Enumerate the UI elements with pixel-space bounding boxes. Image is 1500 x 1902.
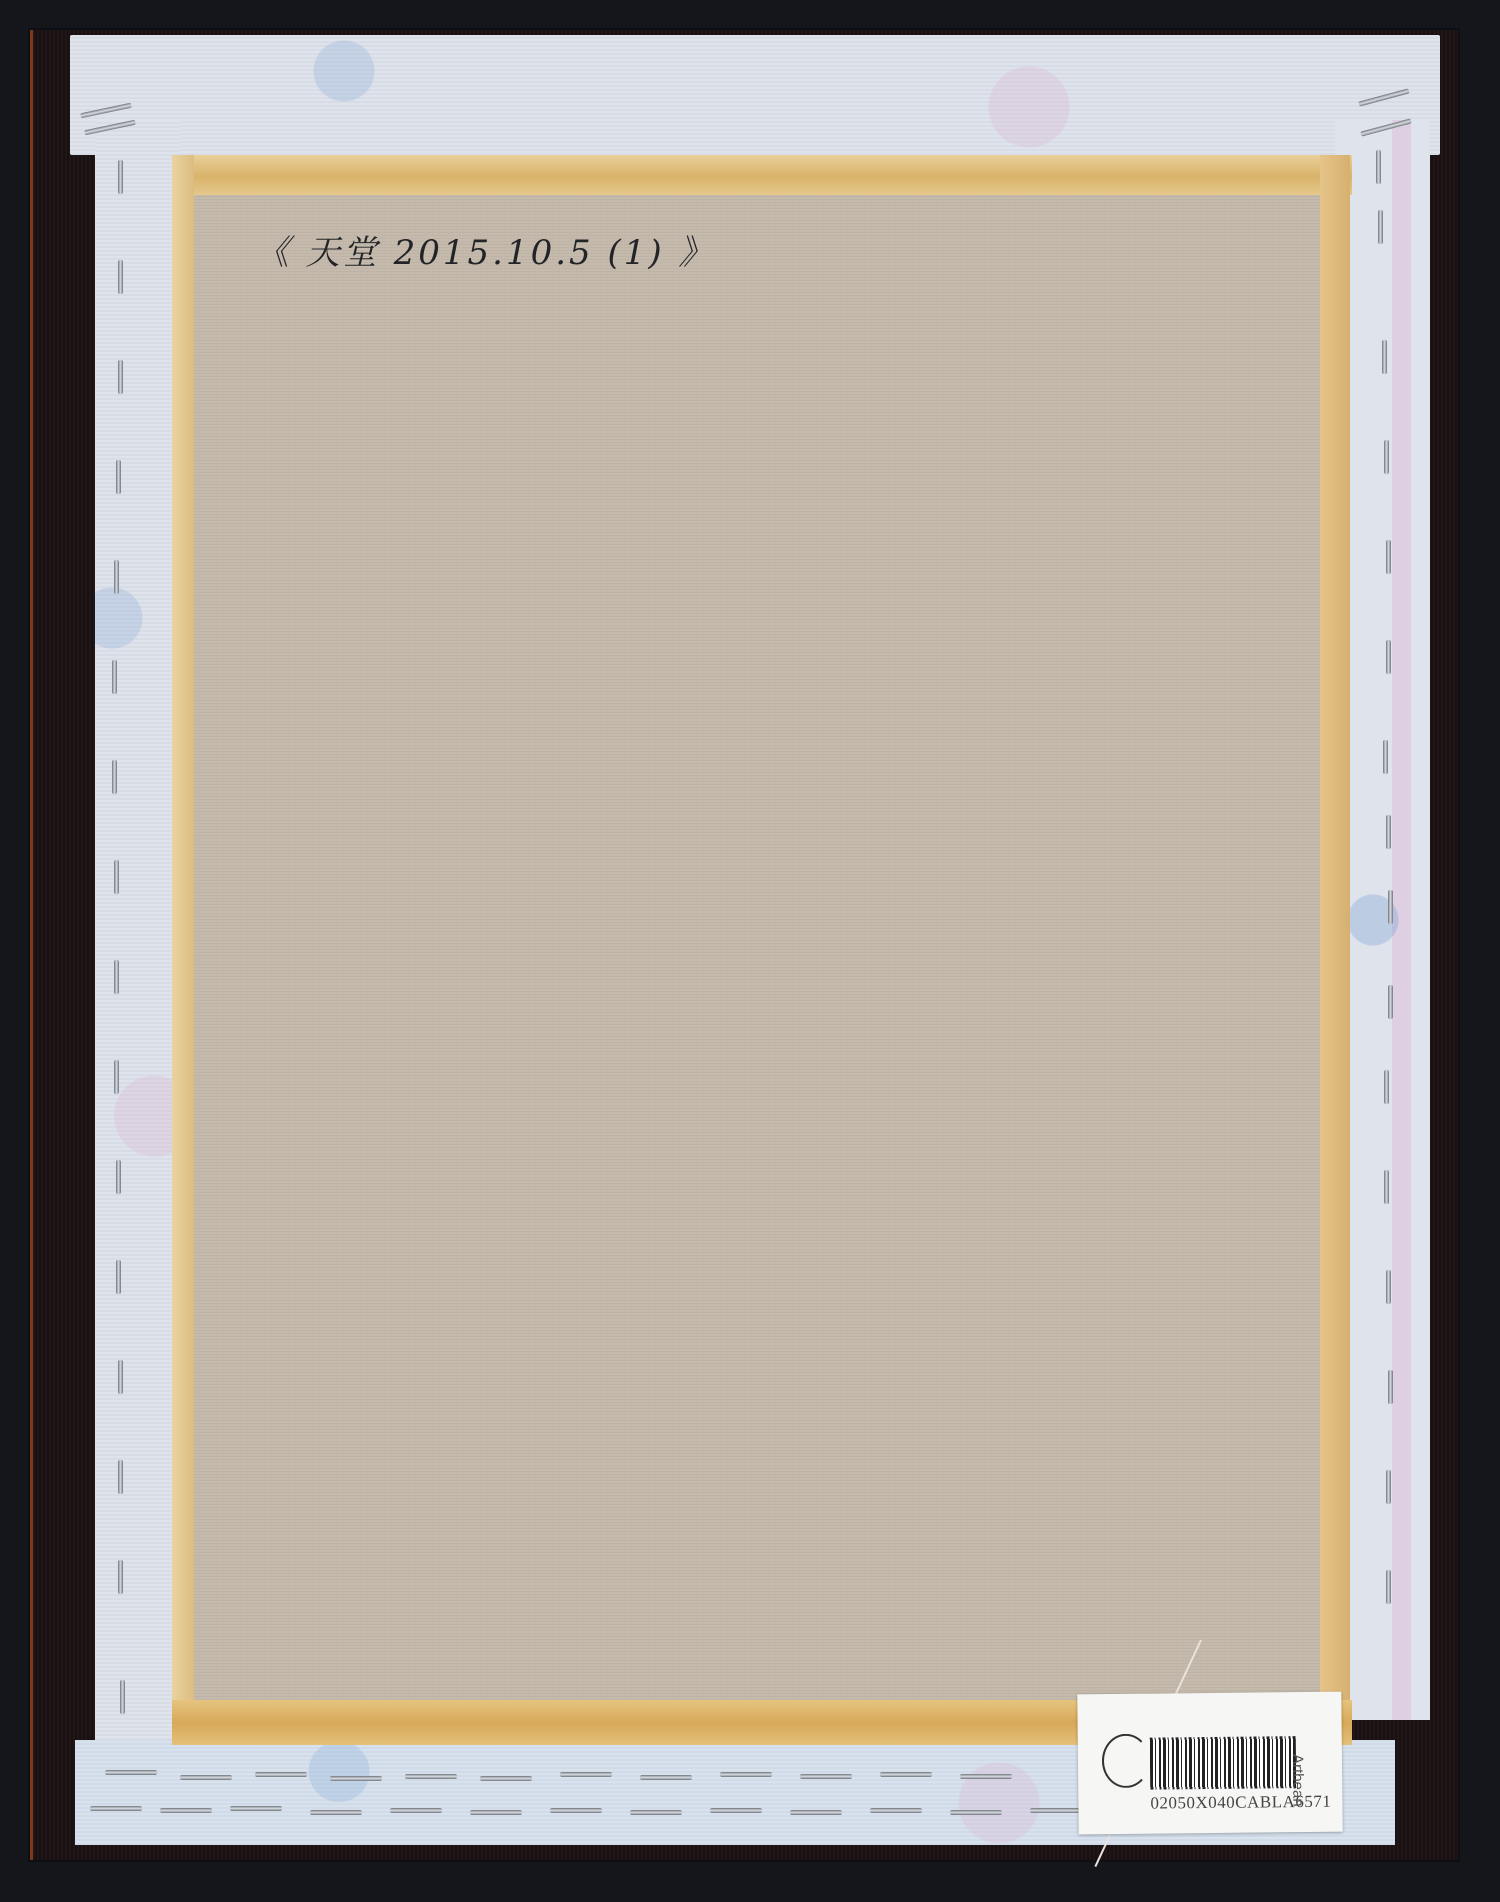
stretcher-bar-left	[172, 155, 194, 1745]
staple	[560, 1772, 612, 1777]
staple	[1388, 890, 1393, 924]
staple	[1383, 740, 1388, 774]
stretcher-bar-top	[172, 155, 1352, 195]
handwritten-inscription: 《 天堂 2015.10.5 (1) 》	[255, 225, 715, 274]
staple	[950, 1810, 1002, 1815]
staple	[480, 1776, 532, 1781]
staple	[160, 1808, 212, 1813]
staple	[405, 1774, 457, 1779]
staple	[1386, 815, 1391, 849]
staple	[390, 1808, 442, 1813]
staple	[120, 1680, 125, 1714]
staple	[112, 760, 117, 794]
staple	[1384, 1170, 1389, 1204]
staple	[105, 1770, 157, 1775]
staple	[330, 1776, 382, 1781]
staple	[114, 560, 119, 594]
staple	[114, 960, 119, 994]
staple	[790, 1810, 842, 1815]
staple	[118, 1360, 123, 1394]
staple	[630, 1810, 682, 1815]
staple	[118, 1460, 123, 1494]
staple	[1386, 1270, 1391, 1304]
staple	[640, 1775, 692, 1780]
canvas-fold-top	[70, 35, 1440, 155]
staple	[114, 860, 119, 894]
staple	[1376, 150, 1381, 184]
staple	[118, 1560, 123, 1594]
staple	[1386, 540, 1391, 574]
staple	[710, 1808, 762, 1813]
staple	[1382, 340, 1387, 374]
staple	[1388, 985, 1393, 1019]
staple	[1030, 1808, 1082, 1813]
barcode	[1150, 1736, 1297, 1790]
staple	[118, 260, 123, 294]
staple	[114, 1060, 119, 1094]
brand-text: Artbean	[1289, 1754, 1307, 1807]
staple	[800, 1774, 852, 1779]
staple	[116, 460, 121, 494]
staple	[960, 1774, 1012, 1779]
staple	[118, 160, 123, 194]
stretcher-bar-right	[1320, 155, 1350, 1745]
staple	[550, 1808, 602, 1813]
staple	[255, 1772, 307, 1777]
staple	[112, 660, 117, 694]
staple	[230, 1806, 282, 1811]
staple	[880, 1772, 932, 1777]
staple	[1384, 440, 1389, 474]
staple	[720, 1772, 772, 1777]
staple	[470, 1810, 522, 1815]
canvas-fold-left	[95, 120, 180, 1780]
staple	[90, 1806, 142, 1811]
linen-back	[194, 195, 1320, 1700]
staple	[1386, 640, 1391, 674]
staple	[870, 1808, 922, 1813]
staple	[1378, 210, 1383, 244]
staple	[116, 1160, 121, 1194]
staple	[1386, 1470, 1391, 1504]
staple	[1384, 1070, 1389, 1104]
staple	[1386, 1570, 1391, 1604]
staple	[180, 1775, 232, 1780]
barcode-label: 02050X040CABLA6571 Artbean	[1077, 1692, 1342, 1835]
staple	[310, 1810, 362, 1815]
handwritten-mark	[1102, 1734, 1151, 1788]
staple	[116, 1260, 121, 1294]
staple	[1388, 1370, 1393, 1404]
staple	[118, 360, 123, 394]
